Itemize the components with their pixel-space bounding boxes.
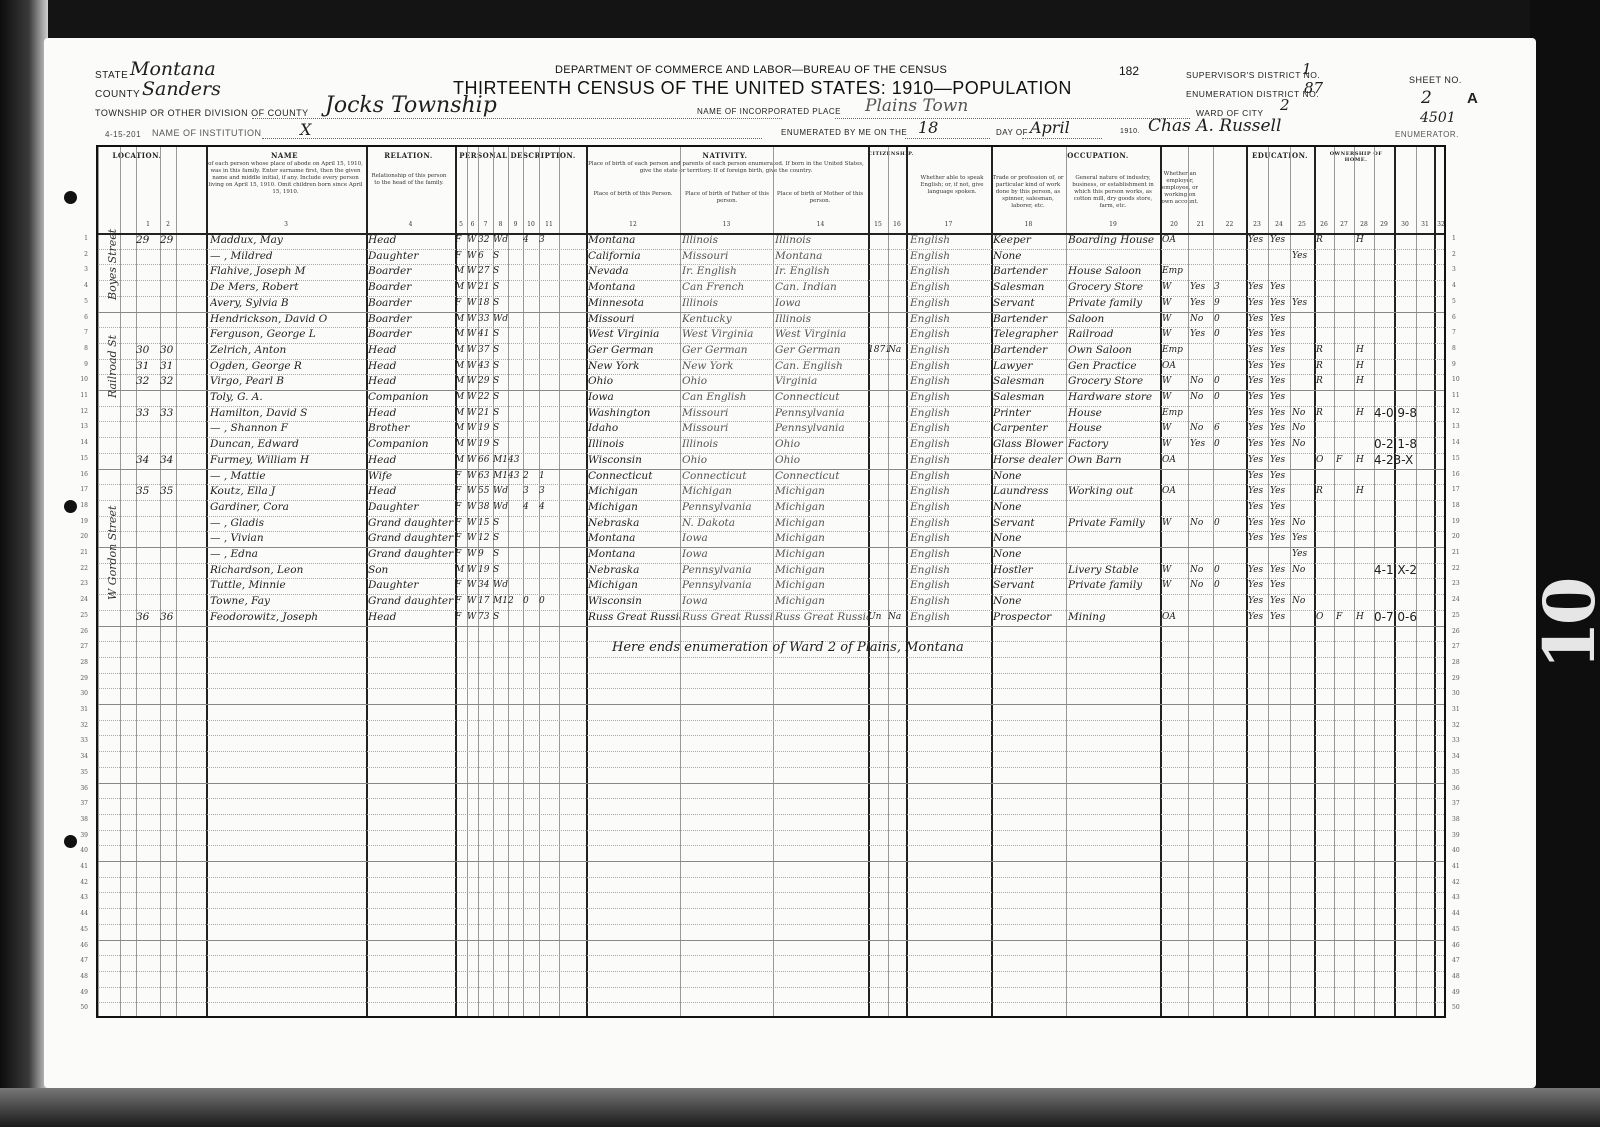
line-number: 28 [72,659,88,666]
cell-industry: Hardware store [1068,389,1160,406]
supervisor-district-label: Supervisor's District No. [1186,70,1320,80]
line-number: 48 [72,973,88,980]
cell-read: Yes [1248,342,1268,359]
cell-mother-birth: Michigan [775,499,868,516]
cell-race: W [467,232,478,249]
cell-industry: Railroad [1068,326,1160,343]
line-number: 14 [1452,439,1468,446]
cell-industry: Grocery Store [1068,279,1160,296]
cell-children-born: 2 [523,468,539,485]
line-number: 42 [72,879,88,886]
state-label: State [95,70,128,81]
line-number: 18 [1452,502,1468,509]
cell-own: R [1316,483,1334,500]
enumeration-district-label: Enumeration District No. [1186,89,1319,99]
sheet-label: Sheet No. [1409,75,1462,85]
cell-relation: Head [368,609,454,626]
cell-relation: Grand daughter [368,593,454,610]
cell-trade: Laundress [993,483,1066,500]
cell-race: W [467,436,478,453]
group-occupation: OCCUPATION. [993,151,1203,160]
cell-marital: M1 [493,593,508,610]
line-number: 36 [1452,785,1468,792]
cell-marital: Wd [493,483,508,500]
line-number: 41 [72,863,88,870]
cell-out-of-work: Yes [1190,436,1212,453]
enumerated-year: 1910. [1120,128,1140,135]
cell-language: English [910,593,990,610]
cell-father-birth: Illinois [682,232,773,249]
column-divider [1066,147,1067,1016]
cell-trade: Hostler [993,562,1066,579]
line-number: 31 [1452,706,1468,713]
supervisor-district-value: 1 [1302,60,1312,78]
enumerator-label: Enumerator. [1395,130,1459,139]
employer-column-description: Whether an employer, employee, or workin… [1160,171,1200,213]
column-number: 29 [1374,221,1394,228]
cell-sex: M [455,342,467,359]
cell-years-married: 43 [508,468,523,485]
cell-out-of-work: No [1190,562,1212,579]
cell-mother-birth: Russ Great Russian [775,609,868,626]
cell-age: 21 [478,279,493,296]
group-ownership: OWNERSHIP OF HOME. [1318,151,1394,163]
column-number: 3 [206,221,366,228]
cell-industry: Working out [1068,483,1160,500]
cell-relation: Boarder [368,311,454,328]
cell-birth: Nevada [588,263,680,280]
line-number: 32 [1452,722,1468,729]
cell-marital: S [493,279,508,296]
line-number: 29 [72,675,88,682]
cell-mother-birth: Pennsylvania [775,405,868,422]
cell-sex: F [455,546,467,563]
group-education: EDUCATION. [1246,151,1314,160]
cell-read: Yes [1248,593,1268,610]
cell-sex: F [455,295,467,312]
column-number: 22 [1213,221,1246,228]
cell-name: Koutz, Ella J [210,483,366,500]
line-number: 44 [1452,910,1468,917]
cell-family: 33 [160,405,176,422]
row-divider [98,830,1444,831]
cell-father-birth: Missouri [682,420,773,437]
cell-name: Ogden, George R [210,358,366,375]
cell-trade: Servant [993,515,1066,532]
line-number: 20 [1452,533,1468,540]
column-number: 13 [680,221,773,228]
ward-label: Ward of city [1196,108,1264,118]
cell-race: W [467,263,478,280]
cell-mother-birth: Michigan [775,530,868,547]
cell-read: Yes [1248,232,1268,249]
cell-age: 43 [478,358,493,375]
cell-read: Yes [1248,609,1268,626]
cell-mother-birth: Connecticut [775,468,868,485]
group-personal-description: PERSONAL DESCRIPTION. [455,151,580,160]
cell-race: W [467,342,478,359]
cell-mother-birth: Illinois [775,311,868,328]
line-number: 24 [1452,596,1468,603]
cell-industry: Private family [1068,577,1160,594]
institution-value: X [300,120,311,139]
cell-name: Flahive, Joseph M [210,263,366,280]
cell-children-born: 0 [523,593,539,610]
cell-race: W [467,515,478,532]
line-number: 40 [72,847,88,854]
cell-sex: F [455,499,467,516]
line-number: 32 [72,722,88,729]
cell-age: 32 [478,232,493,249]
line-number: 34 [1452,753,1468,760]
cell-race: W [467,373,478,390]
name-column-description: of each person whose place of abode on A… [208,161,363,217]
cell-children-living: 3 [539,232,559,249]
cell-marital: Wd [493,232,508,249]
line-number: 39 [1452,832,1468,839]
line-number: 16 [1452,471,1468,478]
cell-write: Yes [1270,358,1290,375]
birth-person-header: Place of birth of this Person. [588,191,678,205]
column-number: 8 [493,221,508,228]
cell-own: R [1316,342,1334,359]
cell-father-birth: Missouri [682,405,773,422]
cell-weeks-out: 0 [1214,373,1244,390]
cell-own: O [1316,609,1334,626]
row-divider [98,720,1444,721]
sheet-side: A [1467,90,1478,107]
cell-write: Yes [1270,468,1290,485]
cell-industry: Gen Practice [1068,358,1160,375]
cell-school: Yes [1292,546,1314,563]
line-number: 35 [1452,769,1468,776]
cell-code: 0-7 0-6 [1374,609,1434,626]
line-number: 31 [72,706,88,713]
cell-name: — , Edna [210,546,366,563]
cell-marital: S [493,295,508,312]
line-number: 42 [1452,879,1468,886]
column-divider [1314,147,1316,1016]
cell-relation: Head [368,373,454,390]
cell-children-living: 0 [539,593,559,610]
cell-father-birth: New York [682,358,773,375]
cell-sex: M [455,373,467,390]
cell-write: Yes [1270,232,1290,249]
cell-language: English [910,232,990,249]
cell-race: W [467,546,478,563]
cell-industry: House [1068,405,1160,422]
cell-age: 15 [478,515,493,532]
cell-out-of-work: No [1190,389,1212,406]
group-relation: RELATION. [366,151,451,160]
cell-write: Yes [1270,562,1290,579]
cell-read: Yes [1248,405,1268,422]
cell-class: OA [1162,483,1188,500]
cell-relation: Daughter [368,248,454,265]
column-number: 9 [508,221,523,228]
cell-read: Yes [1248,468,1268,485]
cell-father-birth: Ohio [682,373,773,390]
cell-trade: Salesman [993,389,1066,406]
cell-age: 19 [478,420,493,437]
cell-language: English [910,311,990,328]
column-divider [539,147,540,1016]
cell-industry: Factory [1068,436,1160,453]
cell-language: English [910,295,990,312]
cell-father-birth: West Virginia [682,326,773,343]
cell-sex: M [455,263,467,280]
cell-write: Yes [1270,530,1290,547]
line-number: 28 [1452,659,1468,666]
line-number: 48 [1452,973,1468,980]
cell-trade: None [993,248,1066,265]
cell-school: Yes [1292,295,1314,312]
cell-relation: Son [368,562,454,579]
column-divider [1290,147,1291,1016]
cell-father-birth: Michigan [682,483,773,500]
column-divider [98,147,99,1016]
cell-age: 18 [478,295,493,312]
cell-relation: Head [368,232,454,249]
page-stamp: 182 [1119,64,1139,78]
line-number: 4 [72,282,88,289]
cell-read: Yes [1248,530,1268,547]
cell-family: 34 [160,452,176,469]
line-number: 49 [1452,989,1468,996]
cell-language: English [910,530,990,547]
cell-relation: Boarder [368,326,454,343]
cell-write: Yes [1270,593,1290,610]
cell-read: Yes [1248,577,1268,594]
cell-class: W [1162,436,1188,453]
column-divider [1268,147,1269,1016]
cell-mother-birth: Montana [775,248,868,265]
line-number: 24 [72,596,88,603]
row-divider [98,688,1444,689]
census-title: THIRTEENTH CENSUS OF THE UNITED STATES: … [453,78,1072,99]
line-number: 7 [72,329,88,336]
cell-mother-birth: Virginia [775,373,868,390]
cell-farm-house: H [1356,232,1372,249]
street-note-boyes: Boyes Street [106,229,119,300]
line-number: 17 [72,486,88,493]
cell-sex: F [455,530,467,547]
cell-marital: M1 [493,452,508,469]
cell-birth: New York [588,358,680,375]
cell-birth: Russ Great Russian [588,609,680,626]
row-divider [98,673,1444,674]
cell-birth: Michigan [588,577,680,594]
line-number: 12 [72,408,88,415]
cell-own: R [1316,373,1334,390]
cell-dwelling: 31 [136,358,160,375]
line-number: 22 [1452,565,1468,572]
column-divider [523,147,524,1016]
cell-race: W [467,577,478,594]
cell-relation: Boarder [368,263,454,280]
cell-father-birth: Iowa [682,593,773,610]
cell-years-married: 43 [508,452,523,469]
cell-race: W [467,483,478,500]
column-divider [206,147,208,1016]
line-number: 19 [72,518,88,525]
cell-weeks-out: 3 [1214,279,1244,296]
column-number: 6 [467,221,478,228]
cell-out-of-work: Yes [1190,326,1212,343]
cell-trade: None [993,546,1066,563]
cell-marital: S [493,420,508,437]
cell-farm-house: H [1356,405,1372,422]
cell-sex: F [455,483,467,500]
cell-sex: F [455,468,467,485]
nativity-column-description: Place of birth of each person and parent… [588,161,864,177]
cell-class: OA [1162,232,1188,249]
cell-race: W [467,311,478,328]
column-number: 16 [888,221,906,228]
line-number: 18 [72,502,88,509]
cell-mother-birth: Michigan [775,562,868,579]
cell-age: 6 [478,248,493,265]
cell-marital: S [493,546,508,563]
cell-race: W [467,609,478,626]
row-divider [98,861,1444,862]
cell-language: English [910,562,990,579]
column-divider [888,147,889,1016]
cell-class: W [1162,389,1188,406]
cell-industry: House [1068,420,1160,437]
enumerated-day: 18 [918,118,938,137]
column-number: 30 [1394,221,1416,228]
cell-language: English [910,546,990,563]
line-number: 11 [72,392,88,399]
cell-relation: Head [368,405,454,422]
line-number: 13 [1452,423,1468,430]
cell-read: Yes [1248,358,1268,375]
cell-language: English [910,420,990,437]
county-label: County [95,89,140,100]
cell-birth: Missouri [588,311,680,328]
line-number: 25 [1452,612,1468,619]
cell-language: English [910,279,990,296]
column-divider [508,147,509,1016]
ward-value: 2 [1280,96,1290,114]
cell-mother-birth: Michigan [775,593,868,610]
row-divider [98,924,1444,925]
cell-write: Yes [1270,295,1290,312]
line-number: 9 [72,361,88,368]
cell-dwelling: 32 [136,373,160,390]
cell-children-born: 4 [523,232,539,249]
cell-trade: Bartender [993,263,1066,280]
cell-weeks-out: 0 [1214,562,1244,579]
column-number: 1 [136,221,160,228]
line-number: 8 [1452,345,1468,352]
sheet-value: 2 [1421,88,1432,108]
cell-race: W [467,530,478,547]
cell-weeks-out: 0 [1214,389,1244,406]
cell-marital: S [493,515,508,532]
line-number: 25 [72,612,88,619]
cell-immigration: Un [868,609,888,626]
cell-trade: Glass Blower [993,436,1066,453]
cell-write: Yes [1270,373,1290,390]
cell-name: — , Mildred [210,248,366,265]
cell-weeks-out: 0 [1214,311,1244,328]
cell-language: English [910,342,990,359]
cell-write: Yes [1270,279,1290,296]
line-number: 2 [72,251,88,258]
line-number: 21 [1452,549,1468,556]
end-of-enumeration-note: Here ends enumeration of Ward 2 of Plain… [612,640,964,655]
cell-relation: Head [368,358,454,375]
cell-class: W [1162,515,1188,532]
row-divider [98,892,1444,893]
column-number: 28 [1354,221,1374,228]
line-number: 44 [72,910,88,917]
line-number: 15 [1452,455,1468,462]
cell-weeks-out: 0 [1214,577,1244,594]
cell-trade: Prospector [993,609,1066,626]
language-column-description: Whether able to speak English; or, if no… [916,175,988,199]
cell-mother-birth: Michigan [775,483,868,500]
line-number: 5 [72,298,88,305]
enumeration-district-value: 87 [1304,79,1323,97]
cell-trade: Horse dealer [993,452,1066,469]
cell-sex: M [455,420,467,437]
cell-name: Ferguson, George L [210,326,366,343]
cell-age: 22 [478,389,493,406]
cell-read: Yes [1248,483,1268,500]
cell-children-living: 1 [539,468,559,485]
cell-weeks-out: 0 [1214,326,1244,343]
column-divider [1188,147,1189,1016]
cell-name: Virgo, Pearl B [210,373,366,390]
column-number: 17 [906,221,991,228]
cell-sex: F [455,593,467,610]
line-number: 10 [1452,376,1468,383]
cell-sex: F [455,515,467,532]
cell-trade: Bartender [993,342,1066,359]
cell-code: 4-23-X [1374,452,1434,469]
cell-marital: S [493,609,508,626]
cell-birth: Wisconsin [588,452,680,469]
cell-mother-birth: Can. English [775,358,868,375]
cell-write: Yes [1270,342,1290,359]
cell-name: — , Shannon F [210,420,366,437]
cell-weeks-out: 6 [1214,420,1244,437]
cell-write: Yes [1270,499,1290,516]
line-number: 29 [1452,675,1468,682]
cell-age: 34 [478,577,493,594]
cell-industry: House Saloon [1068,263,1160,280]
column-number: 10 [523,221,539,228]
line-number: 23 [72,580,88,587]
cell-industry: Saloon [1068,311,1160,328]
cell-marital: S [493,389,508,406]
cell-dwelling: 29 [136,232,160,249]
cell-race: W [467,295,478,312]
cell-name: — , Vivian [210,530,366,547]
census-table: LOCATION. NAME RELATION. PERSONAL DESCRI… [96,145,1446,1018]
cell-sex: M [455,452,467,469]
line-number: 50 [1452,1004,1468,1011]
cell-father-birth: Pennsylvania [682,562,773,579]
line-number: 37 [72,800,88,807]
cell-language: English [910,609,990,626]
cell-trade: Lawyer [993,358,1066,375]
cell-language: English [910,326,990,343]
cell-farm-house: H [1356,609,1372,626]
